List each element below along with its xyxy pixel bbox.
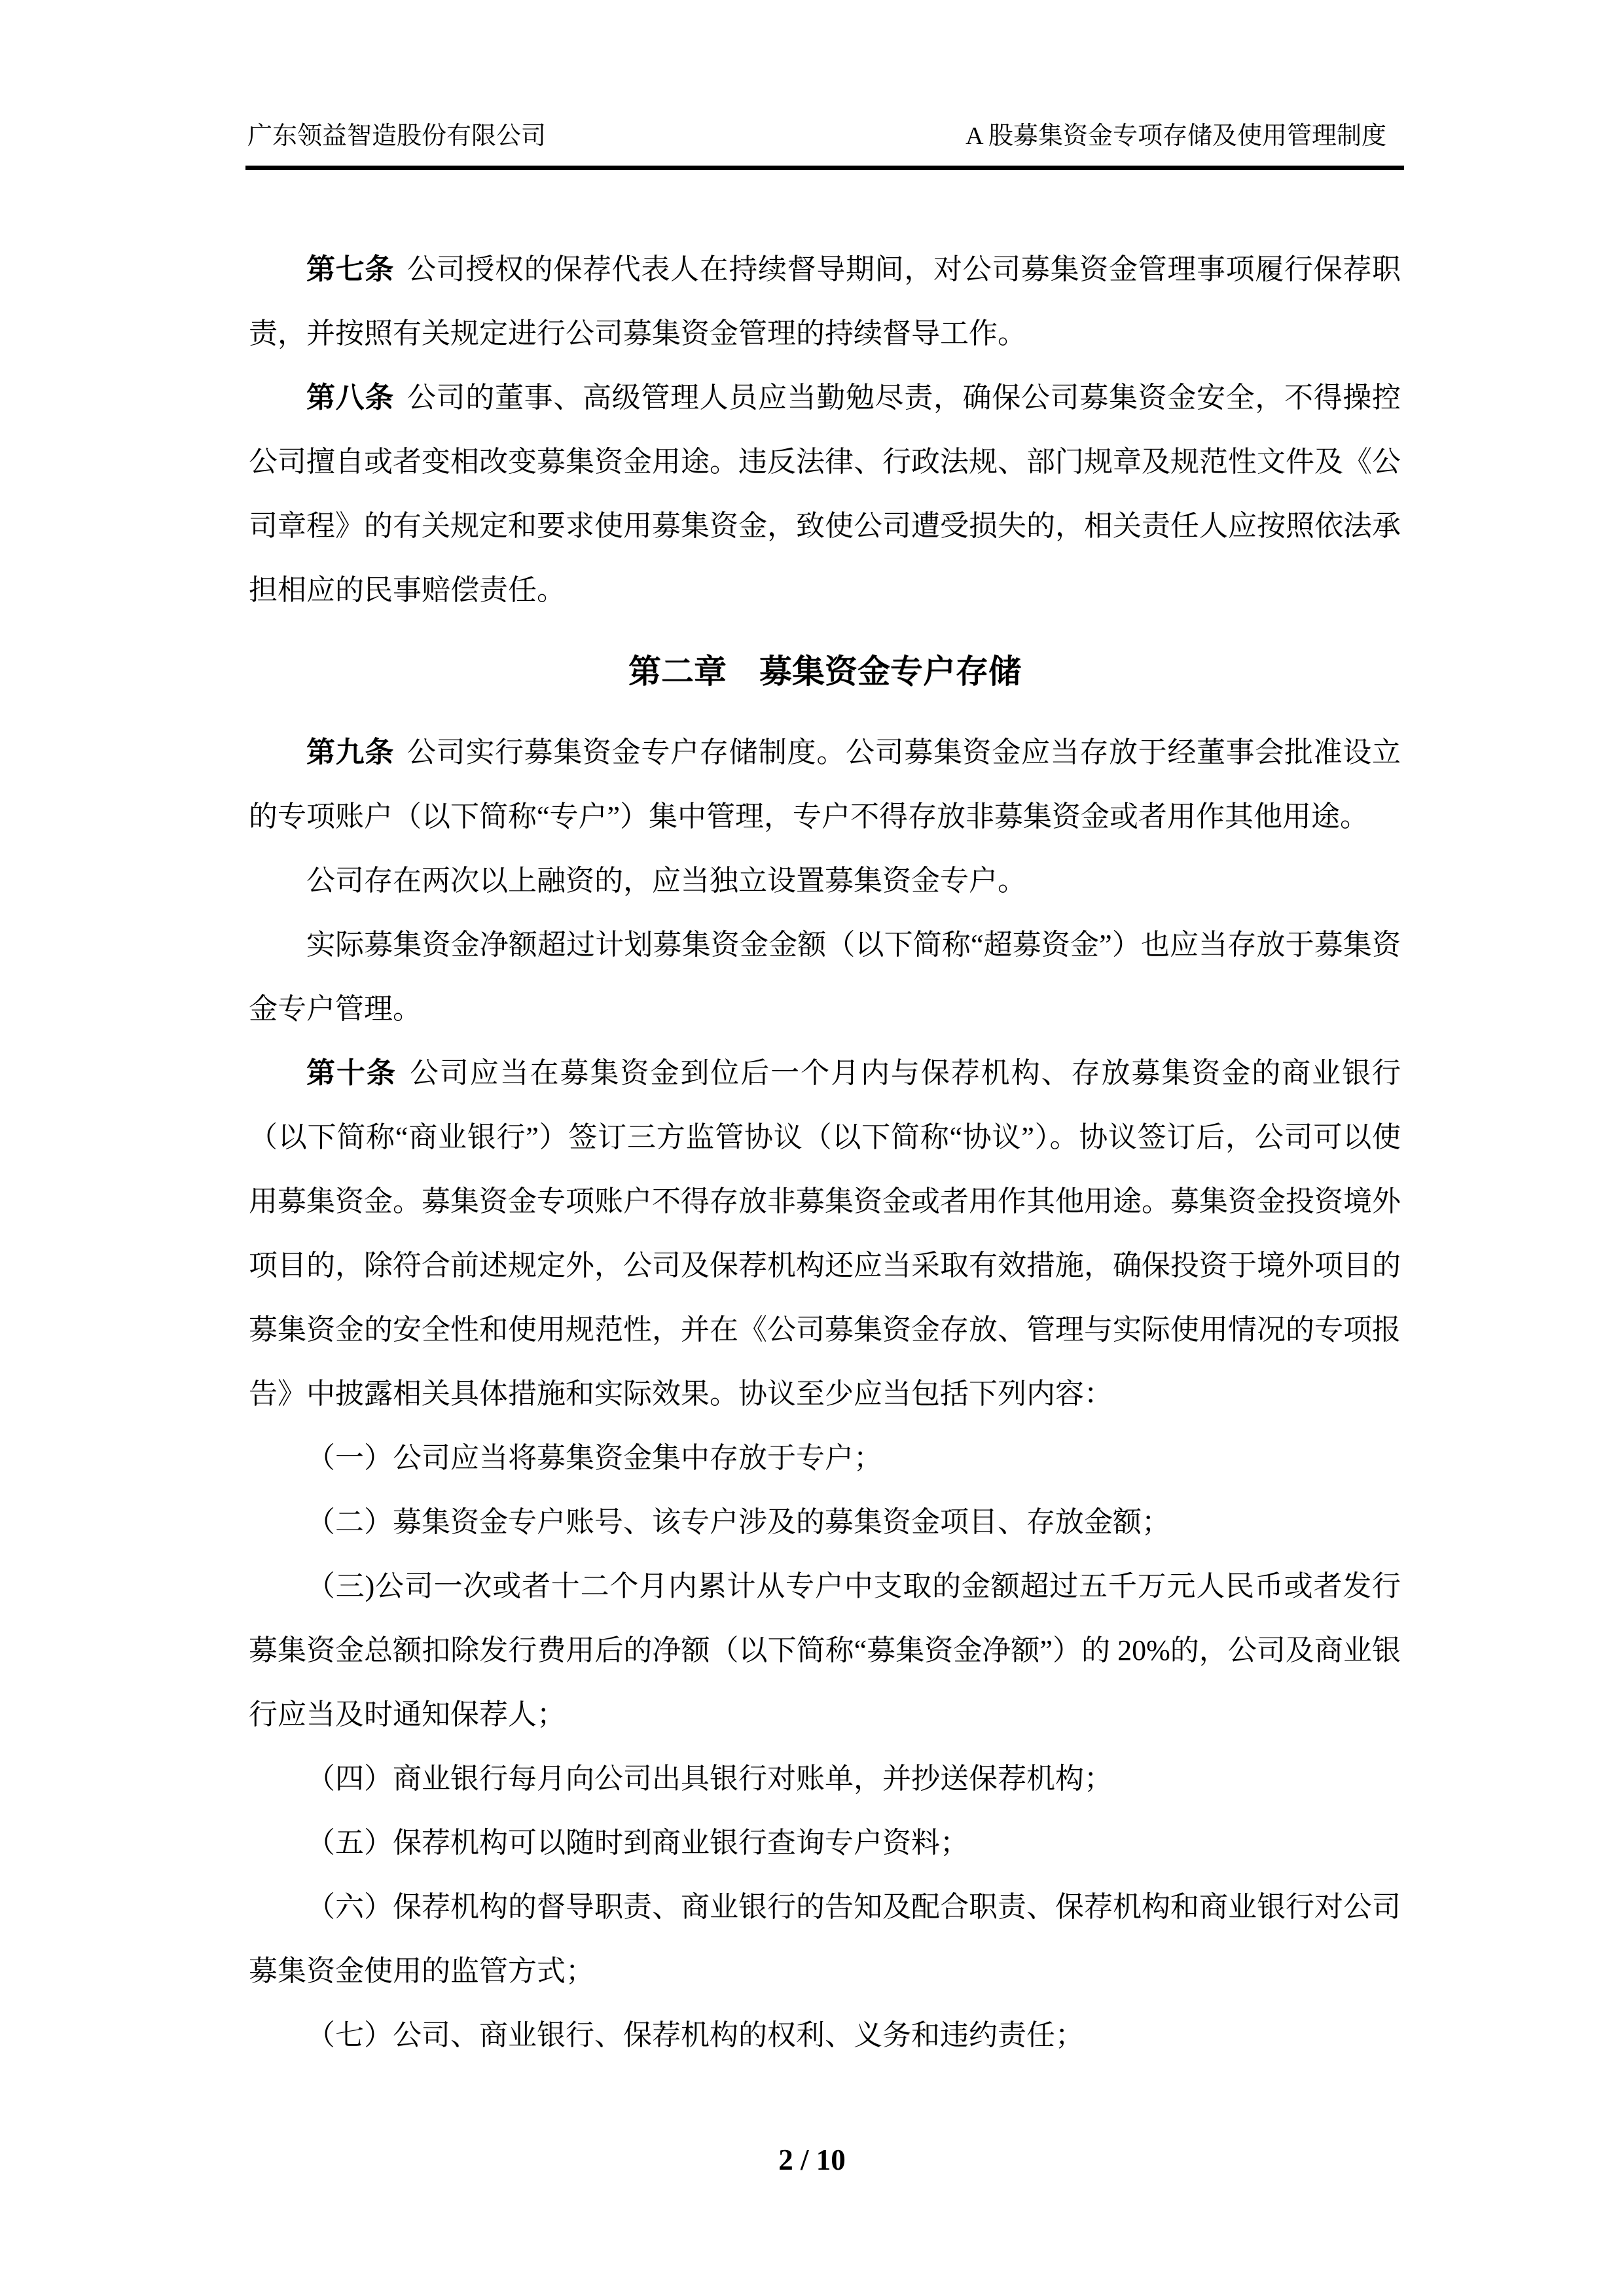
article-9-label: 第九条 xyxy=(306,736,394,768)
agreement-item-5: （五）保荐机构可以随时到商业银行查询专户资料； xyxy=(249,1811,1401,1875)
agreement-item-7: （七）公司、商业银行、保荐机构的权利、义务和违约责任； xyxy=(249,2003,1401,2068)
chapter-2-heading: 第二章 募集资金专户存储 xyxy=(249,622,1401,721)
article-7-label: 第七条 xyxy=(306,253,394,285)
page-number: 2 / 10 xyxy=(0,2145,1624,2175)
article-9-paragraph-3: 实际募集资金净额超过计划募集资金金额（以下简称“超募资金”）也应当存放于募集资金… xyxy=(249,913,1401,1041)
article-10-label: 第十条 xyxy=(306,1057,397,1089)
article-8-label: 第八条 xyxy=(306,382,394,414)
article-10-paragraph: 第十条公司应当在募集资金到位后一个月内与保荐机构、存放募集资金的商业银行（以下简… xyxy=(249,1041,1401,1426)
article-9-text: 公司实行募集资金专户存储制度。公司募集资金应当存放于经董事会批准设立的专项账户（… xyxy=(249,736,1401,833)
document-page: 广东领益智造股份有限公司 A 股募集资金专项存储及使用管理制度 第七条公司授权的… xyxy=(0,0,1624,2296)
header-doc-title: A 股募集资金专项存储及使用管理制度 xyxy=(965,122,1386,152)
agreement-item-4: （四）商业银行每月向公司出具银行对账单，并抄送保荐机构； xyxy=(249,1747,1401,1811)
article-10-text: 公司应当在募集资金到位后一个月内与保荐机构、存放募集资金的商业银行（以下简称“商… xyxy=(249,1057,1401,1410)
article-9-paragraph-2: 公司存在两次以上融资的，应当独立设置募集资金专户。 xyxy=(249,849,1401,913)
header-company-name: 广东领益智造股份有限公司 xyxy=(247,122,546,152)
agreement-item-1: （一）公司应当将募集资金集中存放于专户； xyxy=(249,1426,1401,1490)
page-header: 广东领益智造股份有限公司 A 股募集资金专项存储及使用管理制度 xyxy=(247,122,1386,152)
header-divider-line xyxy=(245,166,1404,170)
agreement-item-6: （六）保荐机构的督导职责、商业银行的告知及配合职责、保荐机构和商业银行对公司募集… xyxy=(249,1875,1401,2003)
article-8-text: 公司的董事、高级管理人员应当勤勉尽责，确保公司募集资金安全，不得操控公司擅自或者… xyxy=(249,382,1401,606)
article-9-paragraph: 第九条公司实行募集资金专户存储制度。公司募集资金应当存放于经董事会批准设立的专项… xyxy=(249,721,1401,849)
article-8-paragraph: 第八条公司的董事、高级管理人员应当勤勉尽责，确保公司募集资金安全，不得操控公司擅… xyxy=(249,366,1401,622)
agreement-item-2: （二）募集资金专户账号、该专户涉及的募集资金项目、存放金额； xyxy=(249,1490,1401,1554)
document-body: 第七条公司授权的保荐代表人在持续督导期间，对公司募集资金管理事项履行保荐职责，并… xyxy=(249,238,1401,2068)
agreement-item-3: （三)公司一次或者十二个月内累计从专户中支取的金额超过五千万元人民币或者发行募集… xyxy=(249,1554,1401,1747)
article-7-text: 公司授权的保荐代表人在持续督导期间，对公司募集资金管理事项履行保荐职责，并按照有… xyxy=(249,253,1401,350)
article-7-paragraph: 第七条公司授权的保荐代表人在持续督导期间，对公司募集资金管理事项履行保荐职责，并… xyxy=(249,238,1401,366)
